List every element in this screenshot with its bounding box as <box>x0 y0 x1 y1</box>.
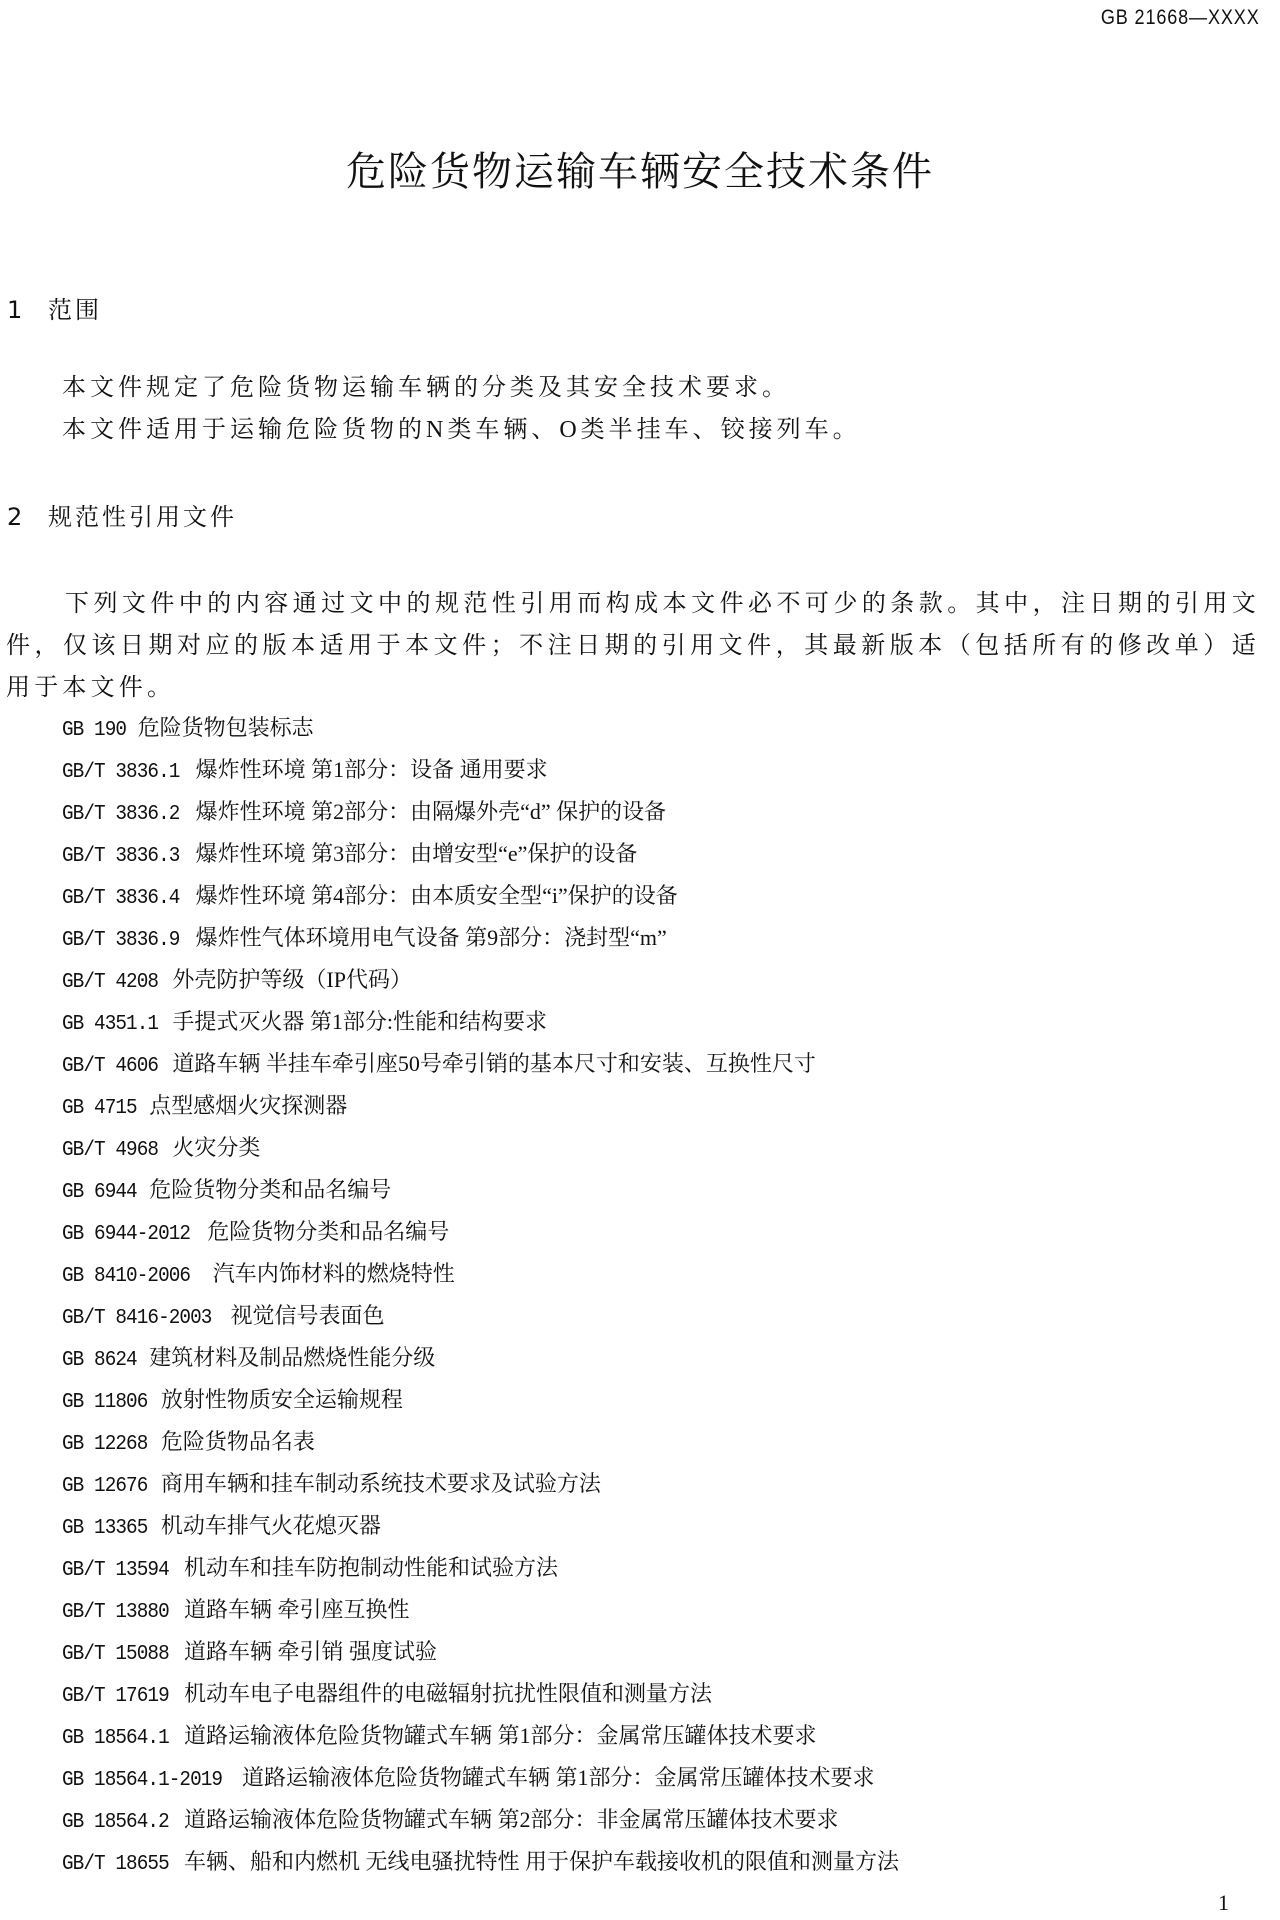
reference-item: GB/T 4208外壳防护等级（IP代码） <box>62 965 899 1007</box>
reference-code: GB/T 4208 <box>62 968 158 998</box>
reference-title: 手提式灭火器 第1部分:性能和结构要求 <box>172 1009 547 1034</box>
reference-title: 危险货物包装标志 <box>138 715 314 740</box>
reference-title: 机动车和挂车防抱制动性能和试验方法 <box>184 1555 558 1580</box>
reference-item: GB 18564.1-2019道路运输液体危险货物罐式车辆 第1部分：金属常压罐… <box>62 1763 899 1805</box>
scope-paragraph-1: 本文件规定了危险货物运输车辆的分类及其安全技术要求。 <box>62 374 790 402</box>
reference-item: GB 12676商用车辆和挂车制动系统技术要求及试验方法 <box>62 1469 899 1511</box>
section-title: 规范性引用文件 <box>48 497 237 532</box>
reference-code: GB/T 4968 <box>62 1136 158 1166</box>
reference-code: GB/T 8416-2003 <box>62 1304 211 1334</box>
reference-title: 车辆、船和内燃机 无线电骚扰特性 用于保护车载接收机的限值和测量方法 <box>184 1849 899 1874</box>
reference-item: GB 13365机动车排气火花熄灭器 <box>62 1511 899 1553</box>
reference-code: GB/T 13880 <box>62 1598 169 1628</box>
reference-code: GB 11806 <box>62 1388 147 1418</box>
reference-item: GB/T 3836.3爆炸性环境 第3部分：由增安型“e”保护的设备 <box>62 839 899 881</box>
reference-title: 爆炸性环境 第3部分：由增安型“e”保护的设备 <box>196 841 638 866</box>
reference-code: GB 8624 <box>62 1346 137 1376</box>
reference-code: GB/T 3836.4 <box>62 884 179 914</box>
reference-list: GB 190危险货物包装标志GB/T 3836.1爆炸性环境 第1部分：设备 通… <box>62 713 899 1889</box>
reference-item: GB/T 3836.9爆炸性气体环境用电气设备 第9部分：浇封型“m” <box>62 923 899 965</box>
reference-title: 危险货物品名表 <box>161 1429 315 1454</box>
reference-code: GB/T 3836.3 <box>62 842 179 872</box>
reference-title: 点型感烟火灾探测器 <box>149 1093 347 1118</box>
reference-title: 机动车电子电器组件的电磁辐射抗扰性限值和测量方法 <box>184 1681 712 1706</box>
reference-item: GB/T 4606道路车辆 半挂车牵引座50号牵引销的基本尺寸和安装、互换性尺寸 <box>62 1049 899 1091</box>
reference-title: 爆炸性环境 第4部分：由本质安全型“i”保护的设备 <box>196 883 678 908</box>
section-title: 范围 <box>48 290 102 325</box>
reference-code: GB/T 3836.2 <box>62 800 179 830</box>
reference-code: GB 6944-2012 <box>62 1220 190 1250</box>
reference-code: GB 18564.1-2019 <box>62 1766 222 1796</box>
reference-item: GB 6944-2012危险货物分类和品名编号 <box>62 1217 899 1259</box>
reference-code: GB 8410-2006 <box>62 1262 190 1292</box>
reference-item: GB 18564.1道路运输液体危险货物罐式车辆 第1部分：金属常压罐体技术要求 <box>62 1721 899 1763</box>
reference-title: 道路运输液体危险货物罐式车辆 第1部分：金属常压罐体技术要求 <box>242 1765 875 1790</box>
reference-code: GB 190 <box>62 716 126 746</box>
reference-code: GB 18564.1 <box>62 1724 169 1754</box>
reference-code: GB 18564.2 <box>62 1808 169 1838</box>
reference-title: 爆炸性气体环境用电气设备 第9部分：浇封型“m” <box>196 925 667 950</box>
reference-code: GB/T 13594 <box>62 1556 169 1586</box>
reference-item: GB/T 3836.2爆炸性环境 第2部分：由隔爆外壳“d” 保护的设备 <box>62 797 899 839</box>
document-title: 危险货物运输车辆安全技术条件 <box>0 140 1280 197</box>
reference-title: 危险货物分类和品名编号 <box>207 1219 449 1244</box>
reference-code: GB/T 15088 <box>62 1640 169 1670</box>
reference-title: 视觉信号表面色 <box>230 1303 384 1328</box>
reference-item: GB/T 4968火灾分类 <box>62 1133 899 1175</box>
reference-item: GB 4715点型感烟火灾探测器 <box>62 1091 899 1133</box>
reference-item: GB 4351.1手提式灭火器 第1部分:性能和结构要求 <box>62 1007 899 1049</box>
reference-item: GB 18564.2道路运输液体危险货物罐式车辆 第2部分：非金属常压罐体技术要… <box>62 1805 899 1847</box>
document-code: GB 21668—XXXX <box>1101 6 1260 30</box>
section-heading-scope: 1 范围 <box>7 290 102 325</box>
reference-title: 危险货物分类和品名编号 <box>149 1177 391 1202</box>
reference-item: GB 12268危险货物品名表 <box>62 1427 899 1469</box>
reference-title: 道路运输液体危险货物罐式车辆 第2部分：非金属常压罐体技术要求 <box>184 1807 839 1832</box>
reference-title: 外壳防护等级（IP代码） <box>172 967 412 992</box>
reference-title: 爆炸性环境 第2部分：由隔爆外壳“d” 保护的设备 <box>196 799 667 824</box>
reference-title: 放射性物质安全运输规程 <box>161 1387 403 1412</box>
reference-item: GB 6944危险货物分类和品名编号 <box>62 1175 899 1217</box>
reference-item: GB/T 13880道路车辆 牵引座互换性 <box>62 1595 899 1637</box>
reference-item: GB 8624建筑材料及制品燃烧性能分级 <box>62 1343 899 1385</box>
reference-code: GB/T 4606 <box>62 1052 158 1082</box>
reference-code: GB 12676 <box>62 1472 147 1502</box>
reference-code: GB/T 17619 <box>62 1682 169 1712</box>
reference-code: GB 6944 <box>62 1178 137 1208</box>
reference-code: GB 12268 <box>62 1430 147 1460</box>
reference-code: GB 13365 <box>62 1514 147 1544</box>
reference-item: GB/T 18655车辆、船和内燃机 无线电骚扰特性 用于保护车载接收机的限值和… <box>62 1847 899 1889</box>
reference-item: GB/T 3836.4爆炸性环境 第4部分：由本质安全型“i”保护的设备 <box>62 881 899 923</box>
page-number: 1 <box>1218 1890 1229 1916</box>
reference-code: GB/T 18655 <box>62 1850 169 1880</box>
reference-title: 建筑材料及制品燃烧性能分级 <box>149 1345 435 1370</box>
reference-item: GB/T 17619机动车电子电器组件的电磁辐射抗扰性限值和测量方法 <box>62 1679 899 1721</box>
reference-item: GB/T 13594机动车和挂车防抱制动性能和试验方法 <box>62 1553 899 1595</box>
reference-title: 道路车辆 牵引座互换性 <box>184 1597 410 1622</box>
section-number: 1 <box>7 296 48 324</box>
reference-title: 道路车辆 半挂车牵引座50号牵引销的基本尺寸和安装、互换性尺寸 <box>172 1051 816 1076</box>
reference-code: GB 4715 <box>62 1094 137 1124</box>
reference-title: 道路车辆 牵引销 强度试验 <box>184 1639 437 1664</box>
reference-title: 火灾分类 <box>172 1135 260 1160</box>
reference-item: GB/T 8416-2003视觉信号表面色 <box>62 1301 899 1343</box>
references-intro-paragraph: 下列文件中的内容通过文中的规范性引用而构成本文件必不可少的条款。其中，注日期的引… <box>6 583 1260 709</box>
reference-title: 机动车排气火花熄灭器 <box>161 1513 381 1538</box>
reference-item: GB 8410-2006 汽车内饰材料的燃烧特性 <box>62 1259 899 1301</box>
reference-title: 爆炸性环境 第1部分：设备 通用要求 <box>196 757 548 782</box>
section-number: 2 <box>7 503 48 531</box>
section-heading-normative-references: 2 规范性引用文件 <box>7 497 237 532</box>
reference-title: 商用车辆和挂车制动系统技术要求及试验方法 <box>161 1471 601 1496</box>
reference-item: GB/T 3836.1爆炸性环境 第1部分：设备 通用要求 <box>62 755 899 797</box>
scope-paragraph-2: 本文件适用于运输危险货物的N类车辆、O类半挂车、铰接列车。 <box>62 416 861 444</box>
reference-title: 汽车内饰材料的燃烧特性 <box>207 1261 455 1286</box>
reference-title: 道路运输液体危险货物罐式车辆 第1部分：金属常压罐体技术要求 <box>184 1723 817 1748</box>
reference-code: GB/T 3836.9 <box>62 926 179 956</box>
reference-code: GB 4351.1 <box>62 1010 158 1040</box>
reference-item: GB/T 15088道路车辆 牵引销 强度试验 <box>62 1637 899 1679</box>
reference-code: GB/T 3836.1 <box>62 758 179 788</box>
reference-item: GB 11806放射性物质安全运输规程 <box>62 1385 899 1427</box>
reference-item: GB 190危险货物包装标志 <box>62 713 899 755</box>
